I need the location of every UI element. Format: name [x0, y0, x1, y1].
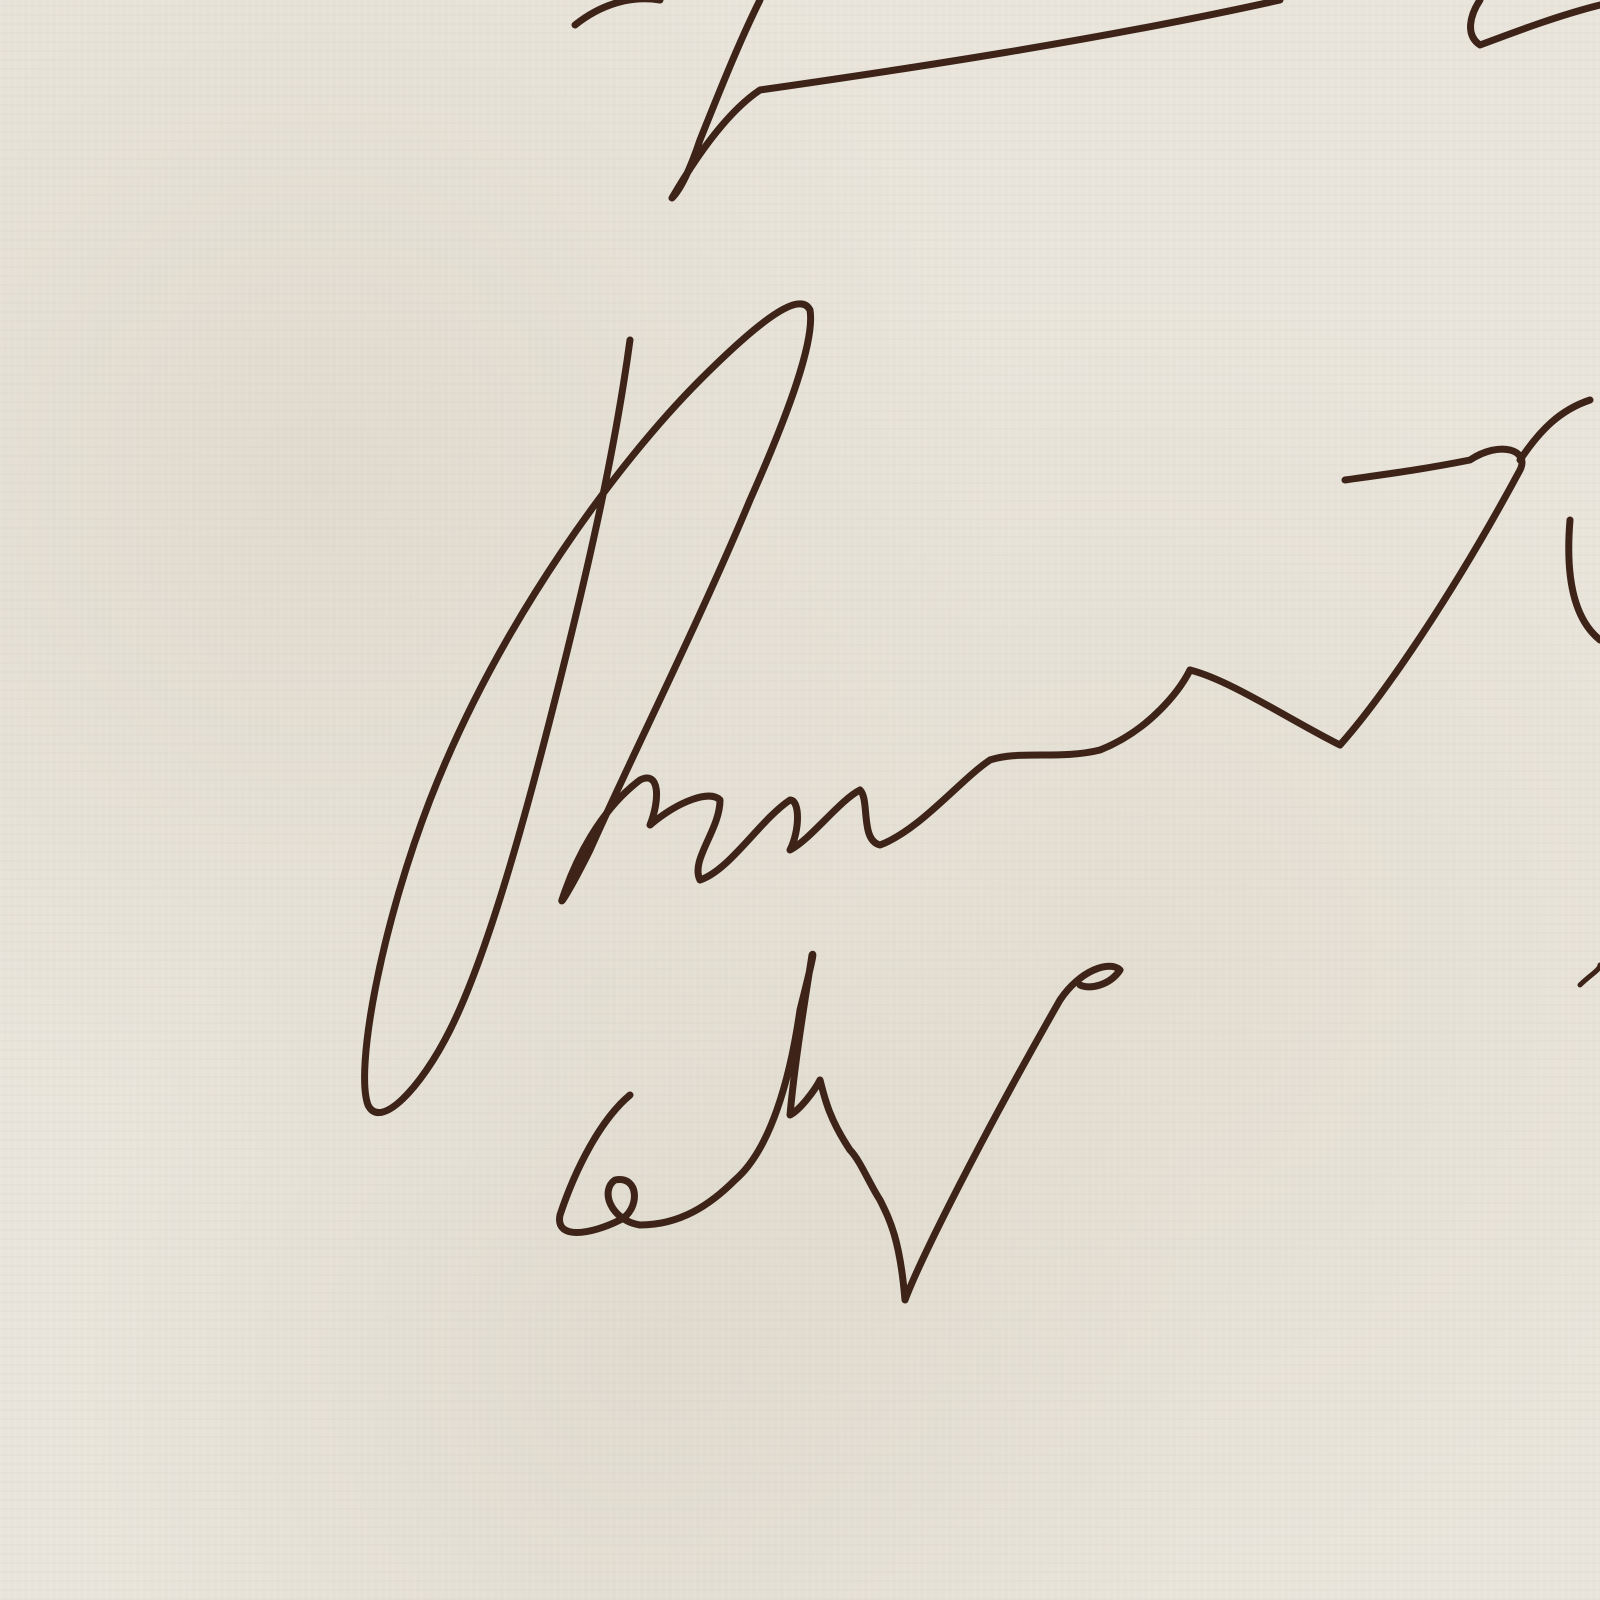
- large-loop-stroke: [365, 304, 811, 1113]
- bottom-line-stroke: [560, 954, 1120, 1300]
- handwriting-strokes: [0, 0, 1600, 1600]
- top-stroke-right: [1471, 0, 1600, 45]
- right-capital-stroke: [1190, 400, 1600, 745]
- bottom-right-partial-stroke: [1580, 965, 1600, 985]
- top-stroke-left: [575, 0, 1280, 198]
- paper-background: [0, 0, 1600, 1600]
